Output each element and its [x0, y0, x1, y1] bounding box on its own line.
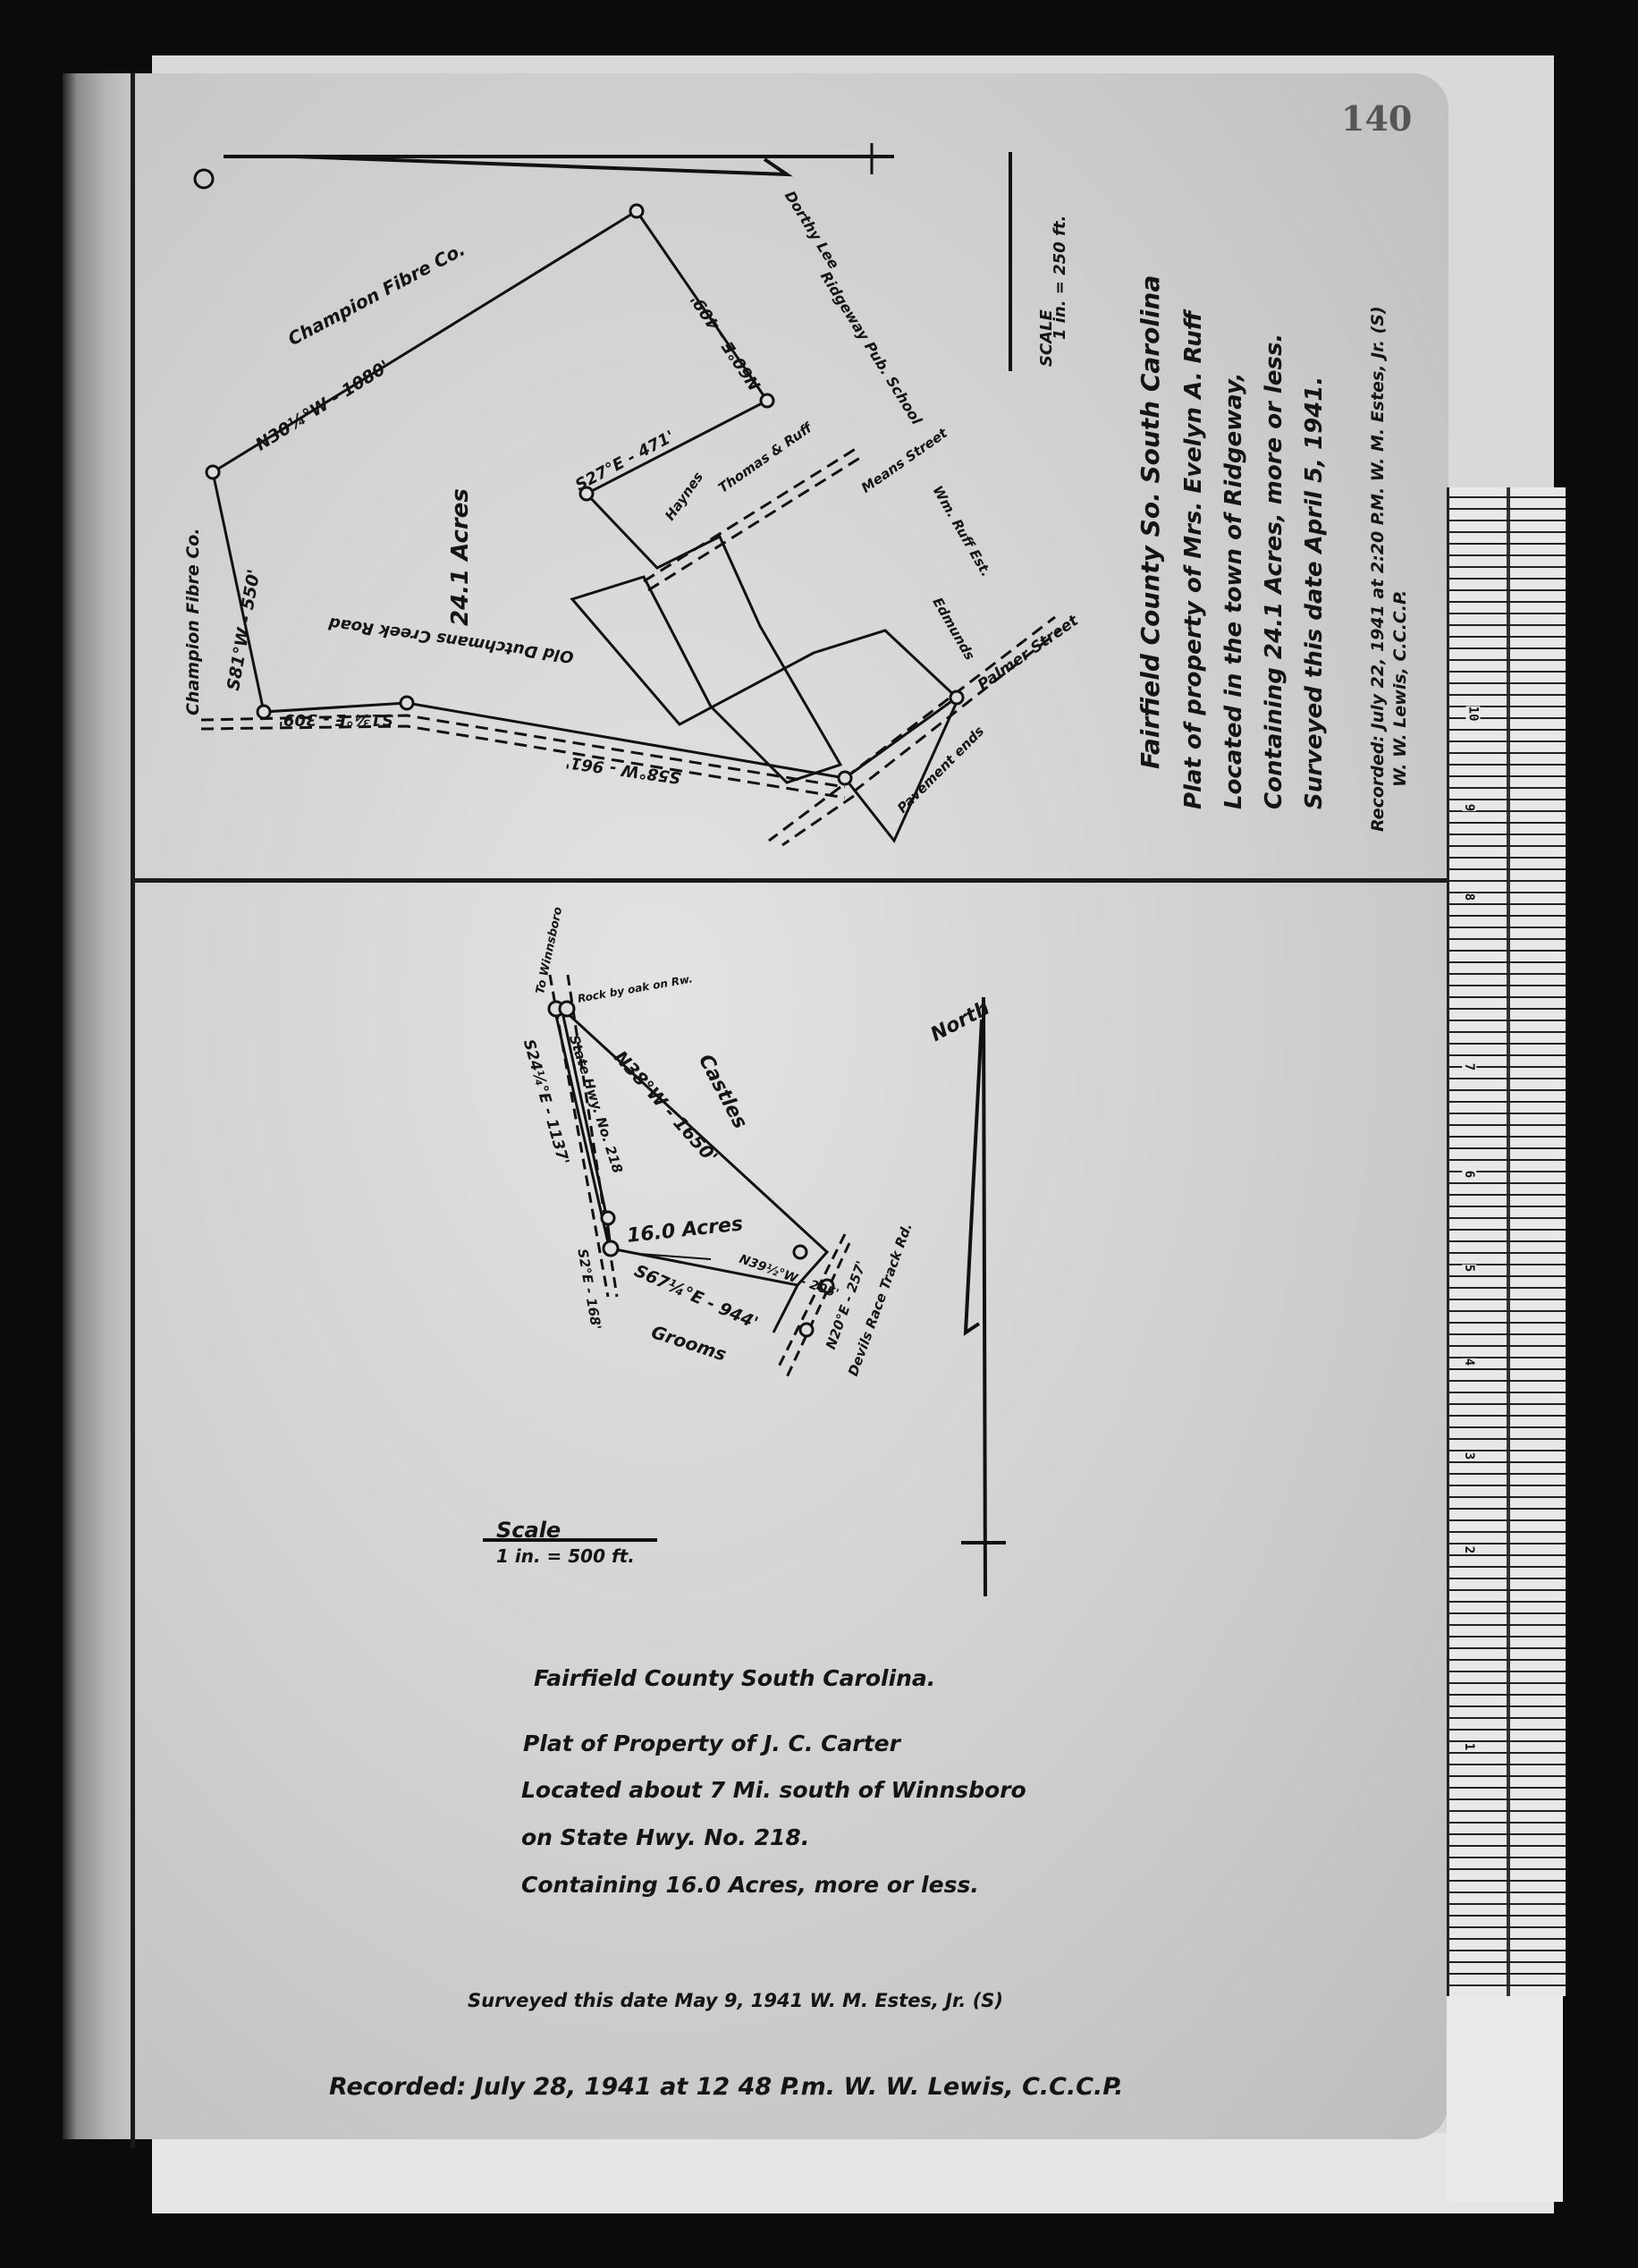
upper-recorded-note: Recorded: July 22, 1941 at 2:20 P.M. W. …: [1368, 306, 1388, 832]
lower-caption-line: Containing 16.0 Acres, more or less.: [521, 1872, 979, 1898]
upper-caption-line: Located in the town of Ridgeway,: [1220, 372, 1247, 809]
upper-caption-line: Fairfield County So. South Carolina: [1136, 275, 1165, 769]
upper-caption-line: Plat of property of Mrs. Evelyn A. Ruff: [1180, 311, 1207, 809]
lower-surveyed-note: Surveyed this date May 9, 1941 W. M. Est…: [468, 1990, 1003, 2011]
upper-clerk-signature: W. W. Lewis, C.C.C.P.: [1390, 590, 1410, 787]
plat-drawings: [0, 0, 1638, 2268]
upper-corner-monuments: [207, 205, 963, 784]
lower-caption-line: Fairfield County South Carolina.: [534, 1665, 935, 1691]
lower-caption-line: Plat of Property of J. C. Carter: [523, 1731, 900, 1756]
lower-recorded-note: Recorded: July 28, 1941 at 12 48 P.m. W.…: [329, 2073, 1123, 2101]
neighbor-label: Champion Fibre Co.: [183, 528, 203, 715]
lower-caption-line: on State Hwy. No. 218.: [521, 1824, 809, 1850]
area-label: 24.1 Acres: [447, 488, 474, 626]
upper-caption-line: Containing 24.1 Acres, more or less.: [1261, 334, 1288, 809]
course-label: S1¾°E - 309': [278, 710, 393, 729]
lower-caption-line: Located about 7 Mi. south of Winnsboro: [521, 1777, 1026, 1803]
north-arrow-upper: [195, 143, 894, 188]
scale-value: 1 in. = 500 ft.: [496, 1545, 635, 1567]
scale-label: Scale: [496, 1518, 561, 1543]
scale-value: 1 in. = 250 ft.: [1051, 216, 1069, 340]
north-arrow-lower: [961, 997, 1006, 1596]
upper-caption-line: Surveyed this date April 5, 1941.: [1301, 377, 1328, 809]
